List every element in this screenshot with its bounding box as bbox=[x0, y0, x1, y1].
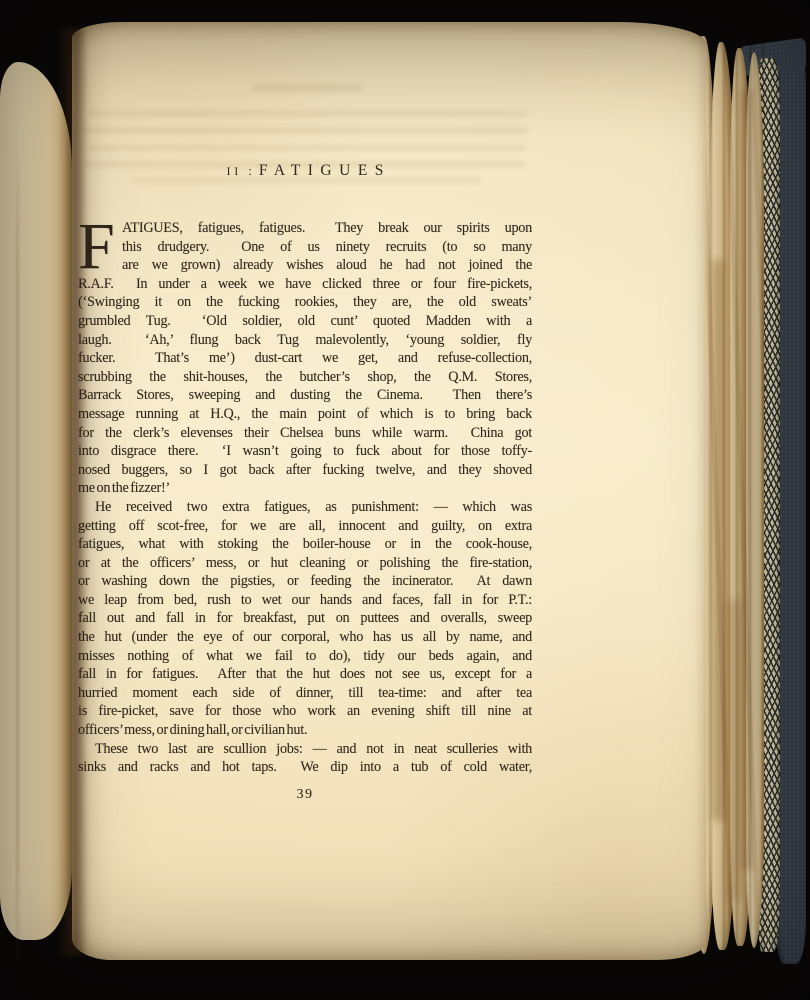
text-line: getting off scot-free, for we are all, i… bbox=[78, 517, 532, 536]
photo-canvas: { "colors":{ "background":"#0b0908", "pa… bbox=[0, 0, 810, 1000]
text-line: fatigues, what with stoking the boiler-h… bbox=[78, 535, 532, 554]
chapter-separator: : bbox=[248, 163, 252, 178]
page-number: 39 bbox=[78, 786, 532, 805]
text-line: me on the fizzer!’ bbox=[78, 479, 532, 498]
text-line: sinks and racks and hot taps. We dip int… bbox=[78, 758, 532, 777]
text-line: message running at H.Q., the main point … bbox=[78, 405, 532, 424]
page-edge-layer bbox=[746, 52, 764, 948]
text-line: or washing down the pigsties, or feeding… bbox=[78, 572, 532, 591]
text-line: ATIGUES, fatigues, fatigues. They break … bbox=[122, 219, 532, 238]
dropcap-letter: F bbox=[78, 219, 122, 274]
text-line: He received two extra fatigues, as punis… bbox=[78, 498, 532, 517]
text-line: this drudgery. One of us ninety recruits… bbox=[122, 238, 532, 257]
text-line: officers’ mess, or dining hall, or civil… bbox=[78, 721, 532, 740]
page-body: FATIGUES, fatigues, fatigues. They break… bbox=[78, 219, 532, 804]
paragraph: FATIGUES, fatigues, fatigues. They break… bbox=[78, 219, 532, 498]
book-page: II:FATIGUES FATIGUES, fatigues, fatigues… bbox=[72, 22, 706, 960]
text-line: fucker. That’s me’) dust-cart we get, an… bbox=[78, 349, 532, 368]
text-line: for the clerk’s elevenses their Chelsea … bbox=[78, 424, 532, 443]
text-line: R.A.F. In under a week we have clicked t… bbox=[78, 275, 532, 294]
paragraph: He received two extra fatigues, as punis… bbox=[78, 498, 532, 740]
book-photo: II:FATIGUES FATIGUES, fatigues, fatigues… bbox=[0, 0, 810, 1000]
ghost-line bbox=[82, 127, 528, 134]
text-line: are we grown) already wishes aloud he ha… bbox=[122, 256, 532, 275]
text-line: nosed buggers, so I got back after fucki… bbox=[78, 461, 532, 480]
facing-page-edge bbox=[0, 62, 72, 940]
text-line: scrubbing the shit-houses, the butcher’s… bbox=[78, 368, 532, 387]
paragraphs: FATIGUES, fatigues, fatigues. They break… bbox=[78, 219, 532, 777]
facing-page-fold-line bbox=[16, 142, 19, 992]
ghost-line bbox=[88, 110, 528, 117]
text-line: grumbled Tug. ‘Old soldier, old cunt’ qu… bbox=[78, 312, 532, 331]
text-line: fall in for fatigues. After that the hut… bbox=[78, 665, 532, 684]
chapter-number: II bbox=[227, 166, 243, 178]
text-line: misses nothing of what we fail to do), t… bbox=[78, 647, 532, 666]
ghost-line bbox=[252, 84, 362, 92]
text-line: we leap from bed, rush to wet our hands … bbox=[78, 591, 532, 610]
paragraph: These two last are scullion jobs: — and … bbox=[78, 740, 532, 777]
text-line: hurried moment each side of dinner, till… bbox=[78, 684, 532, 703]
text-line: These two last are scullion jobs: — and … bbox=[78, 740, 532, 759]
ghost-line bbox=[86, 144, 526, 151]
text-line: laugh. ‘Ah,’ flung back Tug malevolently… bbox=[78, 331, 532, 350]
text-line: into disgrace there. ‘I wasn’t going to … bbox=[78, 442, 532, 461]
text-line: fall out and fall in for breakfast, put … bbox=[78, 609, 532, 628]
text-line: or at the officers’ mess, or hut cleanin… bbox=[78, 554, 532, 573]
chapter-header: II:FATIGUES bbox=[78, 162, 532, 180]
text-line: (‘Swinging it on the fucking rookies, th… bbox=[78, 293, 532, 312]
text-line: is fire-picket, save for those who work … bbox=[78, 702, 532, 721]
chapter-title: FATIGUES bbox=[259, 162, 391, 179]
text-line: the hut (under the eye of our corporal, … bbox=[78, 628, 532, 647]
text-line: Barrack Stores, sweeping and dusting the… bbox=[78, 386, 532, 405]
book-cover-board bbox=[776, 42, 806, 964]
